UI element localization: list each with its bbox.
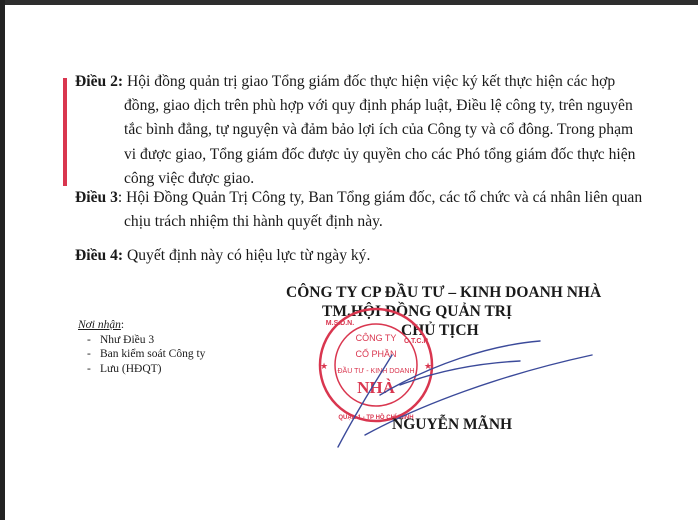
svg-text:M.S.D.N.: M.S.D.N.	[326, 320, 354, 327]
recipients-title: Nơi nhận	[78, 319, 121, 331]
recipient-item: Lưu (HĐQT)	[87, 362, 205, 377]
article-label: Điều 2:	[75, 73, 123, 90]
article-3: Điều 3: Hội Đồng Quản Trị Công ty, Ban T…	[75, 186, 642, 234]
company-name: CÔNG TY CP ĐẦU TƯ – KINH DOANH NHÀ	[286, 284, 601, 302]
article-label: Điều 4:	[75, 247, 123, 264]
recipients-block: Nơi nhận: Như Điều 3 Ban kiểm soát Công …	[78, 318, 205, 376]
recipient-item: Như Điều 3	[87, 333, 205, 348]
handwritten-signature-icon	[320, 335, 600, 455]
article-2: Điều 2: Hội đồng quản trị giao Tổng giám…	[75, 70, 635, 191]
signatory-name: NGUYỄN MÃNH	[392, 416, 512, 434]
article-4: Điều 4: Quyết định này có hiệu lực từ ng…	[75, 244, 370, 268]
article-label: Điều 3	[75, 189, 118, 206]
highlight-marker	[63, 78, 67, 186]
recipient-item: Ban kiểm soát Công ty	[87, 347, 205, 362]
